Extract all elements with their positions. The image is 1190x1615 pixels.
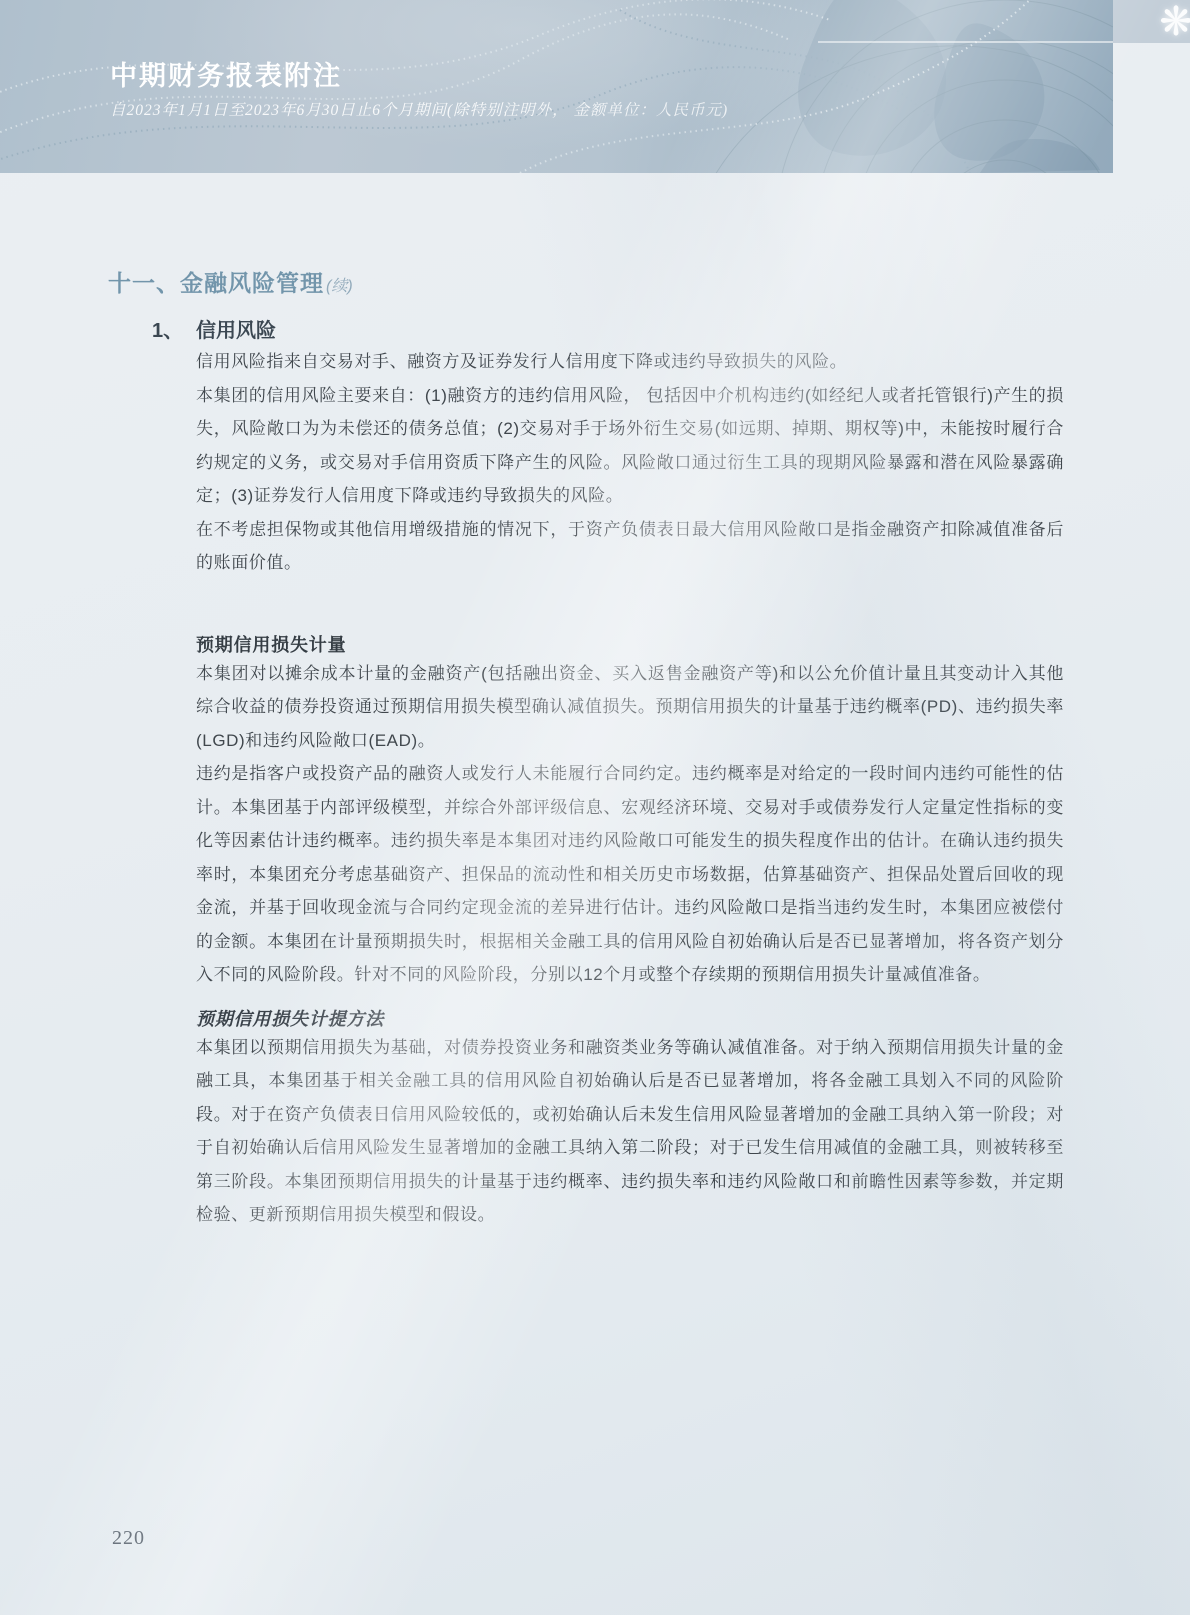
section-continued-label: (续)	[326, 278, 353, 295]
report-page: 中期财务报表附注 自2023年1月1日至2023年6月30日止6个月期间(除特别…	[0, 0, 1190, 1615]
main-content: 十一、金融风险管理(续) 1、信用风险 信用风险指来自交易对手、融资方及证券发行…	[0, 173, 1190, 1232]
paragraph-default-definitions: 违约是指客户或投资产品的融资人或发行人未能履行合同约定。违约概率是对给定的一段时…	[196, 757, 1064, 992]
snowflake-icon: ❋	[1152, 0, 1190, 46]
body-column: 信用风险指来自交易对手、融资方及证券发行人信用度下降或违约导致损失的风险。 本集…	[196, 345, 1064, 1232]
page-number: 220	[112, 1527, 145, 1550]
paragraph-credit-risk-definition: 信用风险指来自交易对手、融资方及证券发行人信用度下降或违约导致损失的风险。	[196, 345, 1064, 379]
heading-ecl-measurement: 预期信用损失计量	[196, 633, 1064, 657]
subsection-title: 信用风险	[196, 320, 276, 342]
subsection-heading: 1、信用风险	[152, 318, 1190, 345]
section-heading: 十一、金融风险管理(续)	[108, 268, 1190, 302]
subsection-number: 1、	[152, 318, 196, 345]
paragraph-staging-method: 本集团以预期信用损失为基础，对债券投资业务和融资类业务等确认减值准备。对于纳入预…	[196, 1031, 1064, 1232]
header-banner: 中期财务报表附注 自2023年1月1日至2023年6月30日止6个月期间(除特别…	[0, 0, 1113, 173]
paragraph-credit-risk-sources: 本集团的信用风险主要来自：(1)融资方的违约信用风险， 包括因中介机构违约(如经…	[196, 379, 1064, 513]
paragraph-max-exposure: 在不考虑担保物或其他信用增级措施的情况下，于资产负债表日最大信用风险敞口是指金融…	[196, 513, 1064, 580]
section-heading-text: 十一、金融风险管理	[108, 270, 324, 296]
page-title: 中期财务报表附注	[110, 54, 342, 93]
heading-ecl-provision-method: 预期信用损失计提方法	[196, 1007, 1064, 1031]
paragraph-ecl-model: 本集团对以摊余成本计量的金融资产(包括融出资金、买入返售金融资产等)和以公允价值…	[196, 657, 1064, 758]
banner-divider-line	[818, 41, 1113, 43]
page-subtitle: 自2023年1月1日至2023年6月30日止6个月期间(除特别注明外， 金额单位…	[110, 98, 728, 120]
